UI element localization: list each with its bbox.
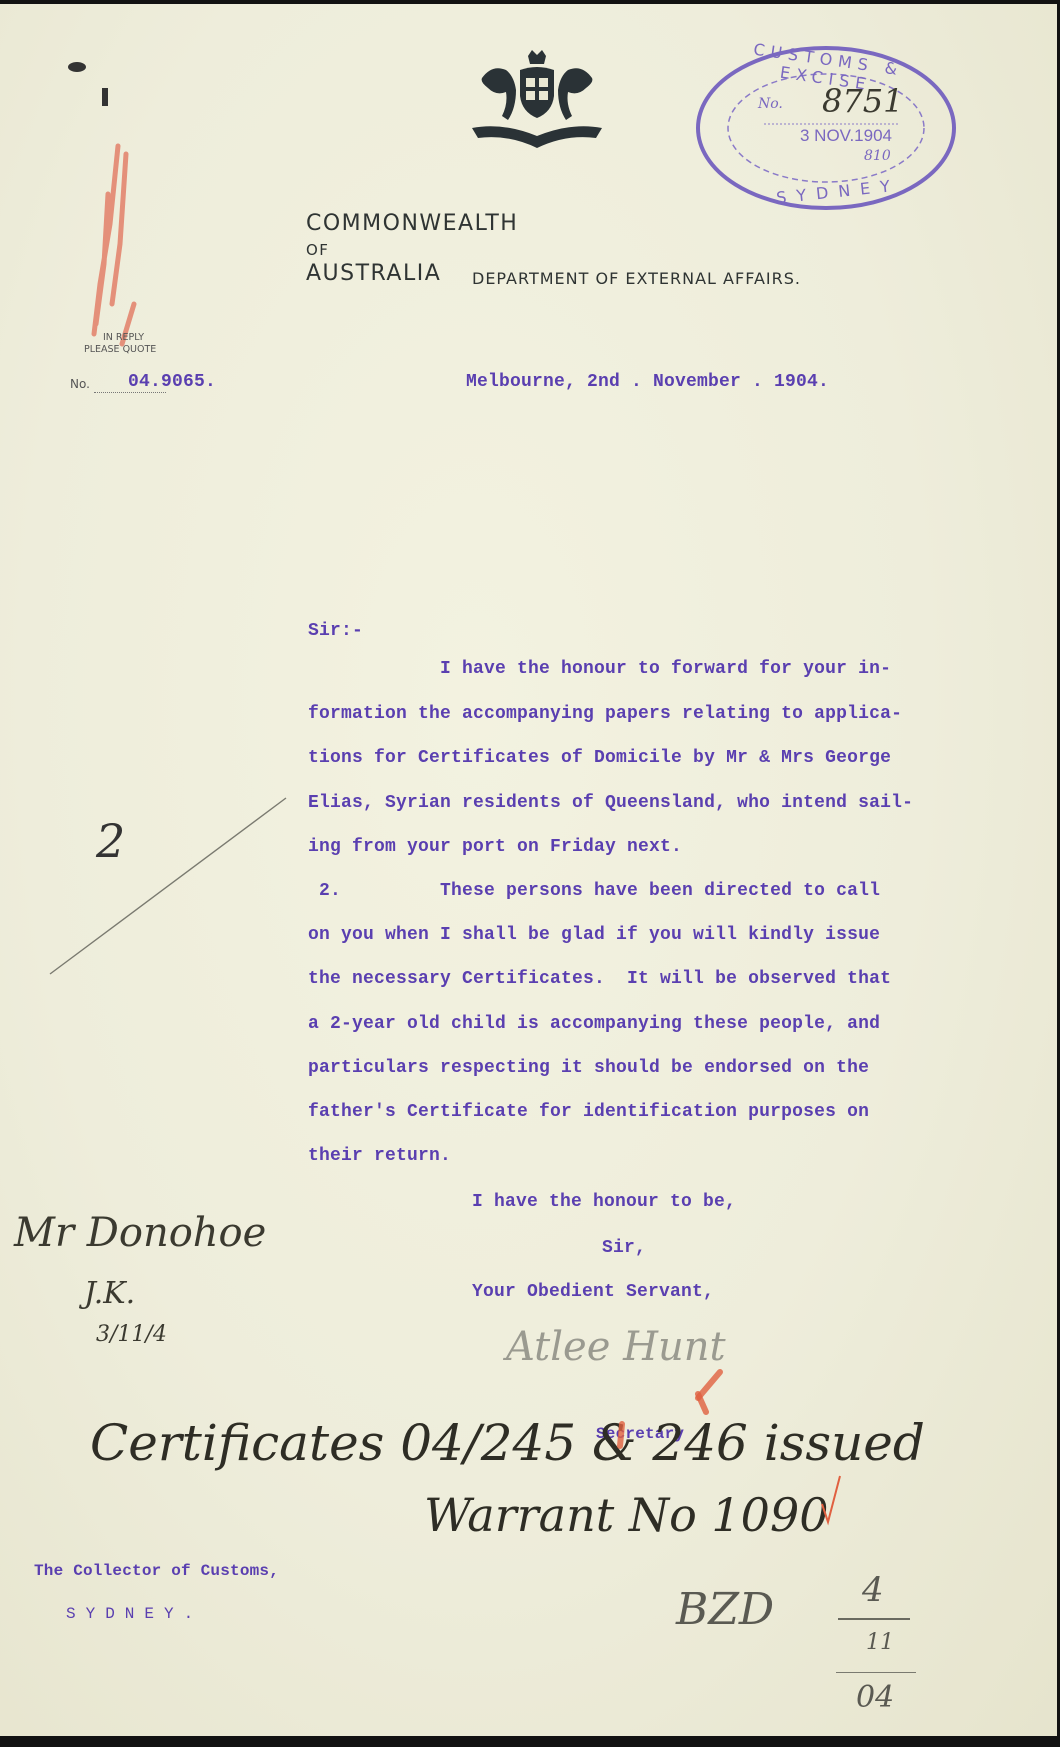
red-pencil-mark — [70, 134, 150, 354]
body-line: their return. — [308, 1146, 451, 1166]
closing-line: Your Obedient Servant, — [472, 1282, 714, 1302]
addressee-city: S Y D N E Y . — [66, 1605, 193, 1623]
margin-initials: J.K. — [84, 1276, 135, 1311]
punch-hole-mark — [68, 62, 86, 72]
title-of: OF — [306, 241, 329, 259]
date-fraction-bar-1 — [838, 1618, 910, 1620]
body-line: I have the honour to forward for your in… — [308, 659, 891, 679]
body-line: Elias, Syrian residents of Queensland, w… — [308, 793, 913, 813]
reference-number: 04.9065. — [128, 372, 216, 392]
date-day: 4 — [862, 1570, 884, 1610]
stamp-note: 810 — [864, 148, 891, 164]
date-month: 11 — [866, 1630, 894, 1655]
reference-no-label: No. — [70, 377, 90, 391]
reference-underline — [94, 392, 166, 393]
initials-bottom: BZD — [676, 1584, 774, 1635]
margin-slash-line — [40, 794, 300, 994]
body-line: 2. These persons have been directed to c… — [308, 881, 880, 901]
closing-line: Sir, — [602, 1238, 646, 1258]
addressee: The Collector of Customs, — [34, 1562, 279, 1580]
body-line: father's Certificate for identification … — [308, 1102, 869, 1122]
salutation: Sir:- — [308, 621, 363, 641]
title-commonwealth: COMMONWEALTH — [306, 211, 518, 236]
body-line: the necessary Certificates. It will be o… — [308, 969, 891, 989]
title-australia: AUSTRALIA — [306, 261, 441, 286]
coat-of-arms-icon — [462, 48, 612, 156]
body-line: tions for Certificates of Domicile by Mr… — [308, 748, 891, 768]
closing-line: I have the honour to be, — [472, 1192, 736, 1212]
margin-name: Mr Donohoe — [14, 1210, 266, 1256]
body-line: formation the accompanying papers relati… — [308, 704, 902, 724]
stamp-no-label: No. — [758, 96, 783, 112]
letterhead-title: COMMONWEALTH OF AUSTRALIA — [272, 186, 518, 311]
reply-label-line2: PLEASE QUOTE — [84, 344, 156, 355]
body-line: particulars respecting it should be endo… — [308, 1058, 869, 1078]
date-fraction-bar-2 — [836, 1672, 916, 1673]
department-name: DEPARTMENT OF EXTERNAL AFFAIRS. — [472, 269, 801, 288]
letter-page: COMMONWEALTH OF AUSTRALIA DEPARTMENT OF … — [0, 4, 1057, 1736]
body-line: ing from your port on Friday next. — [308, 837, 682, 857]
date-year: 04 — [856, 1680, 894, 1715]
body-line: on you when I shall be glad if you will … — [308, 925, 880, 945]
reply-label-line1: IN REPLY — [103, 332, 144, 343]
red-check-marks — [600, 1364, 860, 1534]
margin-date: 3/11/4 — [96, 1322, 167, 1347]
punch-hole-mark — [102, 88, 108, 106]
body-line: a 2-year old child is accompanying these… — [308, 1014, 880, 1034]
stamp-date: 3 NOV.1904 — [800, 126, 892, 146]
stamp-number: 8751 — [822, 82, 903, 120]
dateline: Melbourne, 2nd . November . 1904. — [466, 372, 829, 392]
